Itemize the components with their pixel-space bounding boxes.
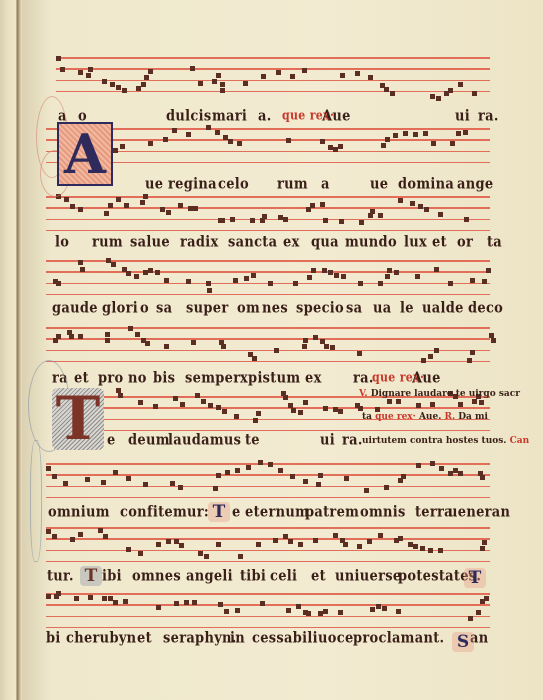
lyric-syllable: Aue <box>322 108 351 125</box>
versicle-line-1: V. Dignare laudare te uirgo sacr <box>359 389 520 399</box>
lyric-syllable: glori <box>102 300 138 317</box>
neume-note <box>193 206 198 211</box>
lyric-syllable: no <box>128 370 147 387</box>
staff-line <box>46 486 490 488</box>
neume-note <box>484 596 489 601</box>
versicle-sign: V. <box>359 389 368 399</box>
neume-note <box>179 543 184 548</box>
neume-note <box>313 335 318 340</box>
neume-note <box>164 278 169 283</box>
neume-note <box>322 268 327 273</box>
neume-note <box>101 480 106 485</box>
neume-note <box>278 468 283 473</box>
neume-note <box>198 81 203 86</box>
neume-note <box>428 354 433 359</box>
neume-note <box>244 276 249 281</box>
neume-note <box>357 351 362 356</box>
neume-note <box>290 74 295 79</box>
neume-note <box>184 600 189 605</box>
lyric-syllable: lo <box>55 234 69 251</box>
neume-note <box>74 596 79 601</box>
lyric-syllable: mundo <box>345 234 397 251</box>
neume-note <box>273 538 278 543</box>
decorated-initial-t: T <box>52 388 104 450</box>
neume-note <box>390 91 395 96</box>
staff-line <box>46 230 490 232</box>
neume-note <box>439 466 444 471</box>
neume-note <box>413 544 418 549</box>
lyric-syllable: omnes <box>132 568 181 585</box>
neume-note <box>46 466 51 471</box>
lyric-syllable: bis <box>153 370 175 387</box>
lyric-syllable: a. <box>258 108 272 125</box>
neume-note <box>376 604 381 609</box>
lyric-syllable: patrem <box>305 504 359 521</box>
neume-note <box>316 482 321 487</box>
lyric-syllable: domina <box>398 176 454 193</box>
lyric-syllable: ui <box>320 432 335 449</box>
neume-note <box>398 198 403 203</box>
neume-note <box>339 219 344 224</box>
neume-note <box>344 476 349 481</box>
lyric-syllable: ibi <box>102 568 122 585</box>
neume-note <box>235 468 240 473</box>
neume-note <box>186 279 191 284</box>
neume-note <box>138 400 143 405</box>
lyric-syllable: proclamant. <box>353 630 444 647</box>
neume-note <box>105 332 110 337</box>
neume-note <box>251 273 256 278</box>
neume-note <box>192 600 197 605</box>
neume-note <box>190 66 195 71</box>
small-initial-sanctus: S <box>452 632 474 652</box>
lyric-syllable: ange <box>457 176 493 193</box>
lyric-syllable: dulcis <box>166 108 211 125</box>
neume-note <box>52 534 57 539</box>
lyric-syllable: regina <box>168 176 217 193</box>
neume-note <box>111 262 116 267</box>
neume-note <box>230 217 235 222</box>
neume-note <box>396 399 401 404</box>
neume-note <box>472 91 477 96</box>
decorated-initial-a: A <box>57 122 113 186</box>
lyric-syllable: ue <box>370 176 388 193</box>
lyric-syllable: or <box>457 234 473 251</box>
neume-note <box>78 260 83 265</box>
neume-note <box>302 68 307 73</box>
neume-note <box>216 405 221 410</box>
lyric-syllable: pro <box>98 370 124 387</box>
neume-note <box>102 596 107 601</box>
neume-note <box>126 476 131 481</box>
lyric-syllable: deco <box>468 300 503 317</box>
neume-note <box>288 539 293 544</box>
lyric-syllable: omnium <box>48 504 110 521</box>
lyric-syllable: et <box>311 568 326 585</box>
neume-note <box>458 471 463 476</box>
lyric-syllable: uoce <box>318 630 354 647</box>
neume-note <box>220 218 225 223</box>
neume-note <box>78 207 83 212</box>
neume-note <box>166 539 171 544</box>
neume-note <box>186 132 191 137</box>
neume-note <box>470 350 475 355</box>
neume-note <box>370 607 375 612</box>
neume-note <box>224 609 229 614</box>
neume-note <box>384 87 389 92</box>
neume-note <box>118 393 123 398</box>
lyric-syllable: laudamus <box>168 432 241 449</box>
lyric-syllable: confitemur: <box>120 504 209 521</box>
neume-note <box>298 542 303 547</box>
neume-note <box>403 131 408 136</box>
neume-note <box>56 334 61 339</box>
neume-note <box>122 88 127 93</box>
lyric-syllable: semper <box>185 370 240 387</box>
neume-note <box>482 279 487 284</box>
staff-line <box>46 497 490 499</box>
neume-note <box>178 203 183 208</box>
versicle-rubric-3: Can <box>510 436 530 446</box>
lyric-syllable: ue <box>145 176 163 193</box>
lyric-syllable: et <box>432 234 447 251</box>
neume-note <box>358 281 363 286</box>
neume-note <box>341 274 346 279</box>
neume-note <box>491 338 496 343</box>
lyric-syllable: e <box>232 504 241 521</box>
neume-note <box>364 488 369 493</box>
neume-note <box>334 273 339 278</box>
neume-note <box>306 611 311 616</box>
neume-note <box>343 542 348 547</box>
neume-note <box>428 548 433 553</box>
staff-line <box>46 196 490 198</box>
neume-note <box>367 539 372 544</box>
neume-note <box>303 338 308 343</box>
lyric-syllable: tibi <box>240 568 266 585</box>
manuscript-page: aodulcismaria.que rex·Aueuira.uereginace… <box>0 0 543 700</box>
staff-line <box>46 616 490 618</box>
neume-note <box>463 130 468 135</box>
neume-note <box>384 485 389 490</box>
neume-note <box>252 356 257 361</box>
neume-note <box>268 281 273 286</box>
neume-note <box>333 533 338 538</box>
neume-note <box>134 274 139 279</box>
neume-note <box>221 344 226 349</box>
staff-line <box>46 538 490 540</box>
lyric-syllable: ra. <box>353 370 374 387</box>
neume-note <box>307 275 312 280</box>
staff-line <box>56 80 490 82</box>
neume-note <box>476 610 481 615</box>
small-initial-tibi: T <box>80 566 102 586</box>
neume-note <box>472 399 477 404</box>
neume-note <box>215 130 220 135</box>
neume-note <box>46 529 51 534</box>
neume-note <box>313 538 318 543</box>
lyric-syllable: rum <box>277 176 308 193</box>
neume-note <box>430 461 435 466</box>
neume-note <box>120 144 125 149</box>
neume-note <box>80 267 85 272</box>
neume-note <box>78 70 83 75</box>
neume-note <box>323 218 328 223</box>
neume-note <box>290 474 295 479</box>
staff-line <box>46 294 490 296</box>
neume-note <box>253 418 258 423</box>
neume-note <box>195 393 200 398</box>
neume-note <box>387 399 392 404</box>
neume-note <box>141 82 146 87</box>
neume-note <box>246 465 251 470</box>
neume-note <box>431 141 436 146</box>
neume-note <box>108 203 113 208</box>
neume-note <box>318 473 323 478</box>
neume-note <box>46 594 51 599</box>
neume-note <box>338 610 343 615</box>
neume-note <box>262 214 267 219</box>
neume-note <box>467 358 472 363</box>
neume-note <box>204 554 209 559</box>
neume-note <box>385 274 390 279</box>
neume-note <box>64 197 69 202</box>
lyric-syllable: specio <box>296 300 344 317</box>
neume-note <box>385 137 390 142</box>
neume-note <box>358 406 363 411</box>
staff-line <box>104 407 490 409</box>
neume-note <box>60 67 65 72</box>
neume-note <box>416 463 421 468</box>
neume-note <box>382 606 387 611</box>
neume-note <box>123 599 128 604</box>
neume-note <box>355 71 360 76</box>
neume-note <box>268 462 273 467</box>
neume-note <box>303 479 308 484</box>
neume-note <box>434 267 439 272</box>
neume-note <box>450 141 455 146</box>
neume-note <box>357 544 362 549</box>
staff-line <box>56 68 490 70</box>
neume-note <box>70 537 75 542</box>
neume-note <box>70 204 75 209</box>
neume-note <box>338 409 343 414</box>
neume-note <box>216 73 221 78</box>
neume-note <box>126 547 131 552</box>
versicle-text-2c: Da mi <box>458 412 488 422</box>
lyric-syllable: mari <box>212 108 247 125</box>
staff-line <box>46 561 490 563</box>
neume-note <box>148 268 153 273</box>
neume-note <box>174 601 179 606</box>
neume-note <box>424 207 429 212</box>
neume-note <box>124 203 129 208</box>
neume-note <box>418 204 423 209</box>
neume-note <box>283 217 288 222</box>
neume-note <box>156 542 161 547</box>
neume-note <box>105 338 110 343</box>
lyric-syllable: ra. <box>342 432 363 449</box>
lyric-syllable: rum <box>92 234 123 251</box>
neume-note <box>201 399 206 404</box>
neume-note <box>401 474 406 479</box>
neume-note <box>340 73 345 78</box>
lyric-syllable: ui <box>455 108 470 125</box>
neume-note <box>143 482 148 487</box>
neume-note <box>296 604 301 609</box>
lyric-syllable: ueneran <box>448 504 510 521</box>
neume-note <box>148 141 153 146</box>
lyric-syllable: tur. <box>47 568 74 585</box>
neume-note <box>260 601 265 606</box>
lyric-syllable: ua <box>373 300 391 317</box>
neume-note <box>206 125 211 130</box>
neume-note <box>126 271 131 276</box>
neume-note <box>381 143 386 148</box>
neume-note <box>148 69 153 74</box>
neume-note <box>135 332 140 337</box>
lyric-syllable: celi <box>270 568 297 585</box>
neume-note <box>178 485 183 490</box>
neume-note <box>88 595 93 600</box>
lyric-syllable: sancta <box>228 234 277 251</box>
staff-line <box>46 327 490 329</box>
neume-note <box>438 212 443 217</box>
neume-note <box>140 200 145 205</box>
neume-note <box>256 542 261 547</box>
neume-note <box>138 551 143 556</box>
neume-note <box>311 268 316 273</box>
neume-note <box>233 278 238 283</box>
neume-note <box>144 75 149 80</box>
neume-note <box>320 202 325 207</box>
neume-note <box>458 402 463 407</box>
neume-note <box>486 268 491 273</box>
neume-note <box>191 340 196 345</box>
neume-note <box>206 281 211 286</box>
lyric-syllable: bi <box>46 630 61 647</box>
lyric-syllable: seraphyn. <box>163 630 237 647</box>
neume-note <box>324 344 329 349</box>
neume-note <box>180 402 185 407</box>
staff-line <box>46 271 490 273</box>
lyric-syllable: in <box>230 630 245 647</box>
lyric-syllable: om <box>237 300 260 317</box>
lyric-syllable: te <box>245 432 260 449</box>
lyric-syllable: uniuerse <box>335 568 401 585</box>
neume-note <box>145 341 150 346</box>
neume-note <box>113 470 118 475</box>
neume-note <box>298 410 303 415</box>
neume-note <box>378 213 383 218</box>
neume-note <box>110 82 115 87</box>
neume-note <box>291 408 296 413</box>
neume-note <box>98 528 103 533</box>
neume-note <box>258 460 263 465</box>
neume-note <box>173 396 178 401</box>
lyric-syllable: angeli <box>186 568 233 585</box>
neume-note <box>216 473 221 478</box>
neume-note <box>163 137 168 142</box>
neume-note <box>102 79 107 84</box>
neume-note <box>456 131 461 136</box>
neume-note <box>310 203 315 208</box>
lyric-syllable: xpistum <box>240 370 300 387</box>
lyric-syllable: cherubyn <box>66 630 136 647</box>
neume-note <box>116 197 121 202</box>
lyric-syllable: radix <box>180 234 219 251</box>
neume-note <box>237 141 242 146</box>
lyric-syllable: et <box>137 630 152 647</box>
neume-note <box>128 326 133 331</box>
neume-note <box>323 609 328 614</box>
neume-note <box>213 486 218 491</box>
lyric-syllable: super <box>186 300 228 317</box>
versicle-line-3: uirtutem contra hostes tuos. Can <box>362 436 529 446</box>
neume-note <box>434 348 439 353</box>
neume-note <box>283 395 288 400</box>
neume-note <box>470 278 475 283</box>
versicle-text-1: Dignare laudare te uirgo sacr <box>371 389 520 399</box>
neume-note <box>250 218 255 223</box>
lyric-syllable: deum <box>128 432 170 449</box>
neume-note <box>103 534 108 539</box>
lyric-syllable: ex <box>283 234 300 251</box>
neume-note <box>328 270 333 275</box>
neume-note <box>113 148 118 153</box>
neume-note <box>421 358 426 363</box>
neume-note <box>415 274 420 279</box>
lyric-syllable: sa <box>346 300 362 317</box>
neume-note <box>166 210 171 215</box>
neume-note <box>464 217 469 222</box>
neume-note <box>387 268 392 273</box>
staff-line <box>46 627 490 629</box>
neume-note <box>238 554 243 559</box>
neume-note <box>228 139 233 144</box>
neume-note <box>393 133 398 138</box>
lyric-syllable: omnis <box>360 504 406 521</box>
neume-note <box>86 73 91 78</box>
lyric-syllable: o <box>140 300 149 317</box>
neume-note <box>458 82 463 87</box>
versicle-text-2a: ta <box>362 412 372 422</box>
neume-note <box>396 609 401 614</box>
neume-note <box>448 281 453 286</box>
lyric-syllable: celo <box>218 176 249 193</box>
neume-note <box>235 608 240 613</box>
neume-note <box>430 94 435 99</box>
neume-note <box>410 201 415 206</box>
neume-note <box>212 79 217 84</box>
lyric-syllable: ra. <box>478 108 499 125</box>
neume-note <box>286 138 291 143</box>
lyric-syllable: Aue <box>412 370 441 387</box>
lyric-syllable: e <box>107 432 116 449</box>
neume-note <box>160 207 165 212</box>
small-initial-tibi-2: T <box>464 568 486 588</box>
neume-note <box>480 475 485 480</box>
versicle-text-2b: Aue. <box>419 412 441 422</box>
neume-note <box>56 281 61 286</box>
neume-note <box>330 345 335 350</box>
neume-note <box>56 591 61 596</box>
neume-note <box>276 70 281 75</box>
neume-note <box>448 88 453 93</box>
neume-note <box>274 348 279 353</box>
lyric-syllable: sa <box>156 300 172 317</box>
neume-note <box>116 85 121 90</box>
